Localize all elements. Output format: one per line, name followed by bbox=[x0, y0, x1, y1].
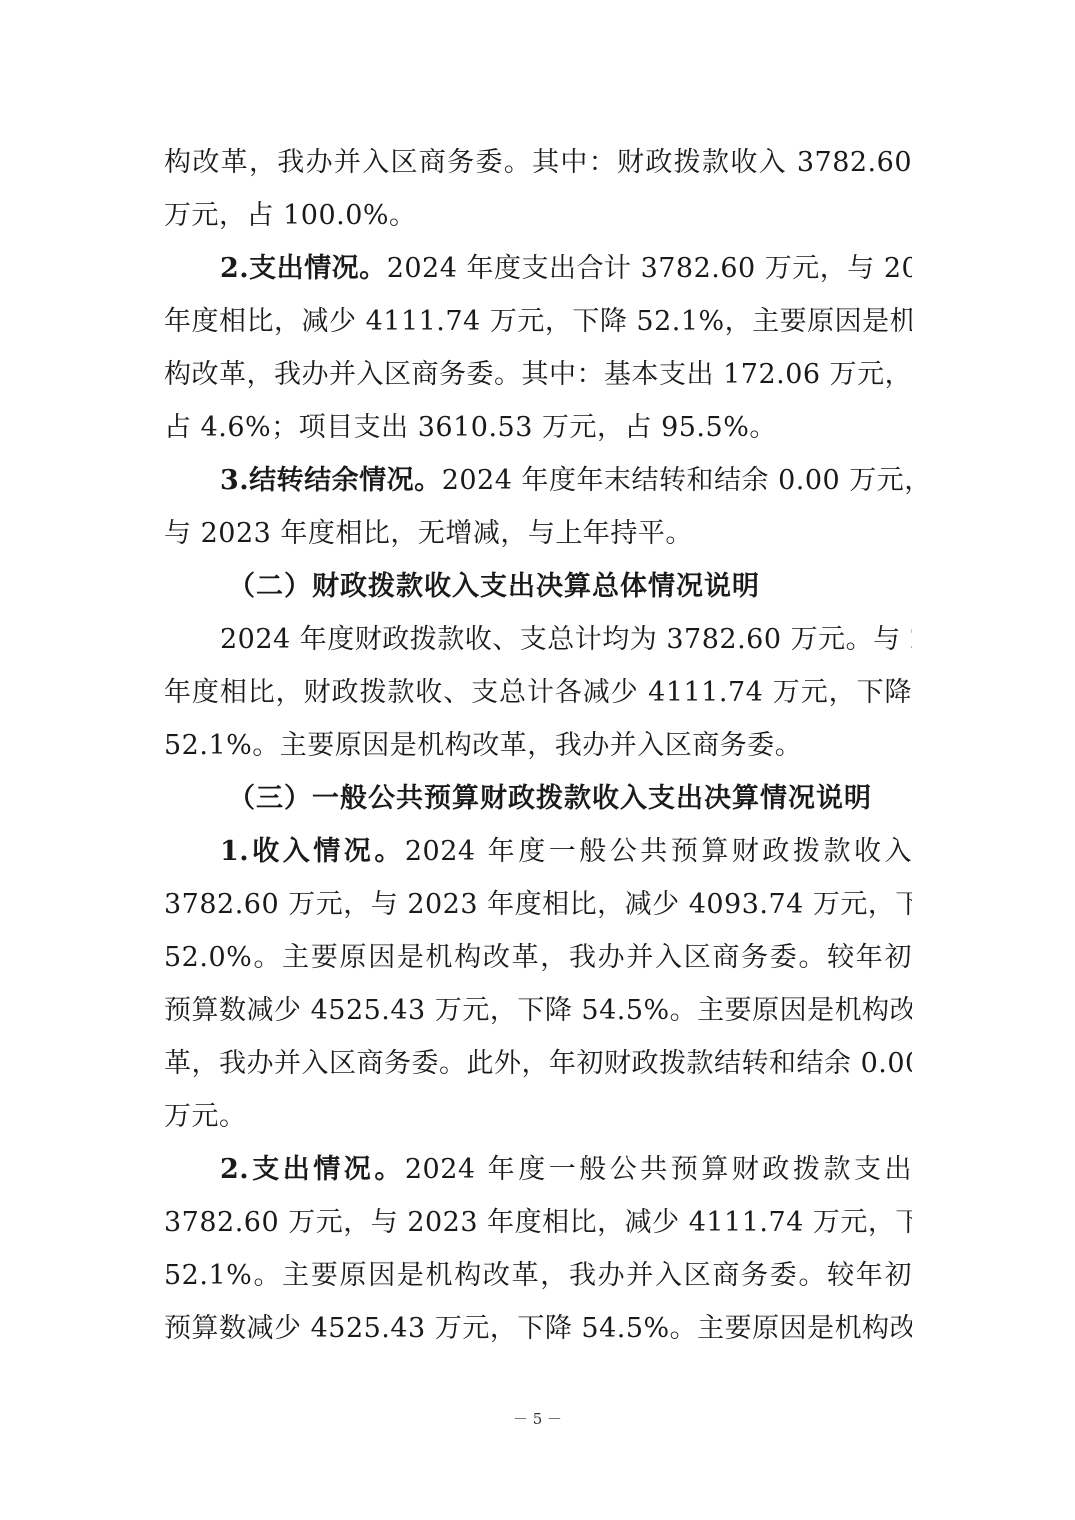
body-line: 构改革，我办并入区商务委。其中：财政拨款收入 3782.60 bbox=[164, 136, 912, 189]
line-text: 预算数减少 4525.43 万元，下降 54.5%。主要原因是机构改 bbox=[164, 995, 912, 1026]
line-text: 与 2023 年度相比，无增减，与上年持平。 bbox=[164, 518, 693, 549]
page-number: － 5 － bbox=[0, 1408, 1075, 1429]
line-text: 年度相比，减少 4111.74 万元，下降 52.1%，主要原因是机 bbox=[164, 306, 912, 337]
body-line: 与 2023 年度相比，无增减，与上年持平。 bbox=[164, 507, 912, 560]
line-text: 3782.60 万元，与 2023 年度相比，减少 4093.74 万元，下降 bbox=[164, 889, 912, 920]
body-line: 万元，占 100.0%。 bbox=[164, 189, 912, 242]
section-heading-general-budget: （三）一般公共预算财政拨款收入支出决算情况说明 bbox=[164, 772, 912, 825]
body-line: 年度相比，财政拨款收、支总计各减少 4111.74 万元，下降 bbox=[164, 666, 912, 719]
body-line: 预算数减少 4525.43 万元，下降 54.5%。主要原因是机构改 bbox=[164, 984, 912, 1037]
line-text: 构改革，我办并入区商务委。其中：基本支出 172.06 万元， bbox=[164, 359, 912, 390]
paragraph-lead-label: 3.结转结余情况。 bbox=[220, 465, 442, 496]
line-text: 52.1%。主要原因是机构改革，我办并入区商务委。较年初 bbox=[164, 1260, 912, 1291]
body-line: 预算数减少 4525.43 万元，下降 54.5%。主要原因是机构改 bbox=[164, 1302, 912, 1355]
line-text: 2024 年度财政拨款收、支总计均为 3782.60 万元。与 2023 bbox=[220, 624, 912, 655]
body-line: 构改革，我办并入区商务委。其中：基本支出 172.06 万元， bbox=[164, 348, 912, 401]
line-text: 2024 年度年末结转和结余 0.00 万元， bbox=[442, 465, 912, 496]
document-page: 构改革，我办并入区商务委。其中：财政拨款收入 3782.60 万元，占 100.… bbox=[164, 136, 912, 1355]
body-line: 52.1%。主要原因是机构改革，我办并入区商务委。较年初 bbox=[164, 1249, 912, 1302]
paragraph-lead-label: 2.支出情况。 bbox=[220, 1154, 405, 1185]
line-text: 构改革，我办并入区商务委。其中：财政拨款收入 3782.60 bbox=[164, 147, 912, 178]
body-line: 革，我办并入区商务委。此外，年初财政拨款结转和结余 0.00 bbox=[164, 1037, 912, 1090]
line-text: 万元，占 100.0%。 bbox=[164, 200, 417, 231]
body-line: 52.1%。主要原因是机构改革，我办并入区商务委。 bbox=[164, 719, 912, 772]
body-line: 3782.60 万元，与 2023 年度相比，减少 4111.74 万元，下降 bbox=[164, 1196, 912, 1249]
paragraph-fiscal-overview: 2024 年度财政拨款收、支总计均为 3782.60 万元。与 2023 bbox=[164, 613, 912, 666]
heading-text: （二）财政拨款收入支出决算总体情况说明 bbox=[228, 571, 760, 602]
body-line: 万元。 bbox=[164, 1090, 912, 1143]
paragraph-general-expenditure-status: 2.支出情况。2024 年度一般公共预算财政拨款支出 bbox=[164, 1143, 912, 1196]
paragraph-lead-label: 2.支出情况。 bbox=[220, 253, 387, 284]
body-line: 占 4.6%；项目支出 3610.53 万元，占 95.5%。 bbox=[164, 401, 912, 454]
paragraph-lead-label: 1.收入情况。 bbox=[220, 836, 405, 867]
line-text: 年度相比，财政拨款收、支总计各减少 4111.74 万元，下降 bbox=[164, 677, 912, 708]
line-text: 52.0%。主要原因是机构改革，我办并入区商务委。较年初 bbox=[164, 942, 912, 973]
paragraph-expenditure-status: 2.支出情况。2024 年度支出合计 3782.60 万元，与 2023 bbox=[164, 242, 912, 295]
body-line: 52.0%。主要原因是机构改革，我办并入区商务委。较年初 bbox=[164, 931, 912, 984]
line-text: 2024 年度一般公共预算财政拨款收入 bbox=[405, 836, 912, 867]
line-text: 52.1%。主要原因是机构改革，我办并入区商务委。 bbox=[164, 730, 802, 761]
paragraph-income-status: 1.收入情况。2024 年度一般公共预算财政拨款收入 bbox=[164, 825, 912, 878]
line-text: 2024 年度支出合计 3782.60 万元，与 2023 bbox=[387, 253, 912, 284]
body-line: 年度相比，减少 4111.74 万元，下降 52.1%，主要原因是机 bbox=[164, 295, 912, 348]
line-text: 2024 年度一般公共预算财政拨款支出 bbox=[405, 1154, 912, 1185]
line-text: 预算数减少 4525.43 万元，下降 54.5%。主要原因是机构改 bbox=[164, 1313, 912, 1344]
line-text: 占 4.6%；项目支出 3610.53 万元，占 95.5%。 bbox=[164, 412, 777, 443]
paragraph-carryover-status: 3.结转结余情况。2024 年度年末结转和结余 0.00 万元， bbox=[164, 454, 912, 507]
heading-text: （三）一般公共预算财政拨款收入支出决算情况说明 bbox=[228, 783, 872, 814]
section-heading-fiscal-overview: （二）财政拨款收入支出决算总体情况说明 bbox=[164, 560, 912, 613]
line-text: 革，我办并入区商务委。此外，年初财政拨款结转和结余 0.00 bbox=[164, 1048, 912, 1079]
body-line: 3782.60 万元，与 2023 年度相比，减少 4093.74 万元，下降 bbox=[164, 878, 912, 931]
line-text: 3782.60 万元，与 2023 年度相比，减少 4111.74 万元，下降 bbox=[164, 1207, 912, 1238]
line-text: 万元。 bbox=[164, 1101, 247, 1132]
